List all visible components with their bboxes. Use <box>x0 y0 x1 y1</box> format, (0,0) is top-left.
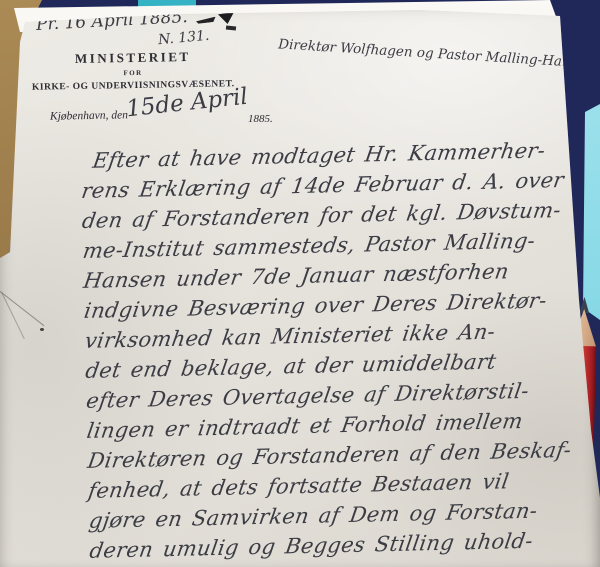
recipients-annotation: Direktør Wolfhagen og Pastor Malling-Han… <box>278 36 595 71</box>
ink-smudge-mark <box>218 12 234 24</box>
ink-smudge-mark <box>196 17 217 25</box>
dateline-year: 1885. <box>248 113 273 125</box>
letter-body: Efter at have modtaget Hr. Kammerher- re… <box>78 134 597 565</box>
letter-sheet: Pr. 16 April 1885. N. 131. MINISTERIET F… <box>0 0 600 567</box>
fold-crease <box>1 292 25 339</box>
dateline-place: Kjøbenhavn, den <box>50 109 128 122</box>
fold-crease-mark <box>40 328 44 331</box>
ministry-name: MINISTERIET <box>28 48 238 68</box>
photo-of-letter: Pr. 16 April 1885. N. 131. MINISTERIET F… <box>0 0 600 567</box>
ink-smudge-mark <box>226 25 236 30</box>
fold-crease <box>0 286 44 326</box>
ink-smudge <box>196 12 242 40</box>
ministry-name-for: FOR <box>28 67 238 79</box>
ministry-letterhead: MINISTERIET FOR KIRKE- OG UNDERVIISNINGS… <box>28 48 239 93</box>
